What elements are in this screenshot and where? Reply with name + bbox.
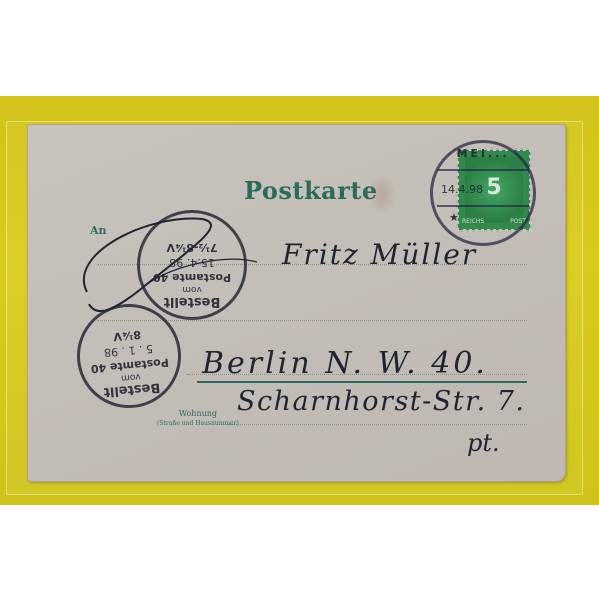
postmark-line1: Bestellt — [140, 294, 244, 309]
postmark-date: 14.4.98 — [441, 183, 483, 196]
cancellation-postmark: MEI... 14.4.98 ★ — [430, 140, 536, 246]
postcard: Postkarte An Wohnung (Straße und Hausnum… — [27, 124, 566, 482]
postmark-bar-bottom — [437, 205, 529, 207]
postmark-time: 7½-8¼V — [140, 241, 244, 254]
recipient-name: Fritz Müller — [282, 238, 477, 271]
address-prefix: An — [90, 224, 107, 237]
recipient-street: Scharnhorst-Str. 7. — [237, 386, 526, 417]
recipient-city: Berlin N. W. 40. — [202, 346, 488, 381]
recipient-floor: pt. — [467, 429, 500, 457]
residence-label: Wohnung (Straße und Hausnummer) — [157, 409, 239, 429]
postmark-bar-top — [437, 169, 529, 171]
address-line-4 — [227, 424, 527, 425]
postmark-city: MEI... — [433, 147, 533, 160]
postcard-title: Postkarte — [244, 176, 378, 205]
residence-label-text: Wohnung — [157, 409, 239, 419]
postmark-line2: vom — [140, 284, 244, 294]
postmark-date: 15.4. 98 — [140, 256, 244, 269]
delivery-postmark-2: Bestellt vom Postamte 40 5 . 1 . 98 8¼V — [73, 300, 186, 413]
postmark-line3: Postamte 40 — [140, 271, 244, 284]
city-underline — [197, 381, 527, 383]
delivery-postmark-1: Bestellt vom Postamte 40 15.4. 98 7½-8¼V — [137, 210, 247, 320]
residence-sublabel: (Straße und Hausnummer) — [157, 419, 239, 429]
star-icon: ★ — [449, 211, 459, 224]
